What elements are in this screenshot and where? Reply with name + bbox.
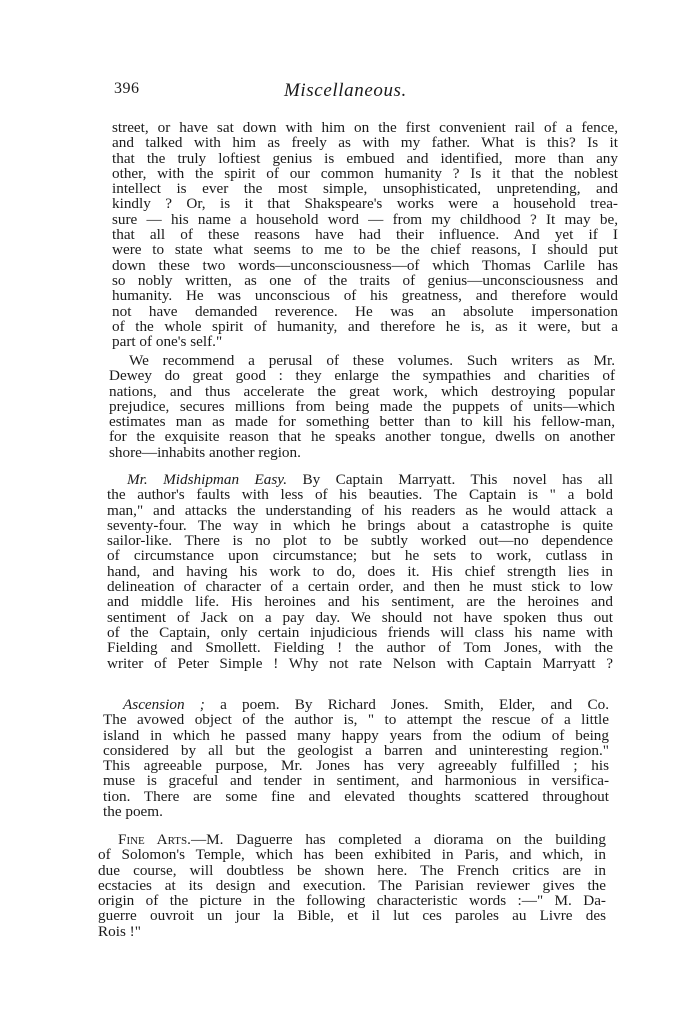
text-line: of the whole spirit of humanity, and the… — [112, 319, 618, 334]
text-line: of circumstance upon circumstance; but h… — [107, 548, 613, 563]
text-line: We recommend a perusal of these volumes.… — [109, 353, 615, 368]
text-line: for the exquisite reason that he speaks … — [109, 429, 615, 444]
text-line: guerre ouvroit un jour la Bible, et il l… — [98, 908, 606, 923]
text-line: sure — his name a household word — from … — [112, 212, 618, 227]
review-ascension: Ascension ; a poem. By Richard Jones. Sm… — [103, 697, 609, 819]
text-line: muse is graceful and tender in sentiment… — [103, 773, 609, 788]
text-line: Dewey do great good : they enlarge the s… — [109, 368, 615, 383]
text-line: The avowed object of the author is, " to… — [103, 712, 609, 727]
text-line: down these two words—unconsciousness—of … — [112, 258, 618, 273]
text-line: island in which he passed many happy yea… — [103, 728, 609, 743]
text-line: Fielding and Smollett. Fielding ! the au… — [107, 640, 613, 655]
text-line: man," and attacks the understanding of h… — [107, 503, 613, 518]
text-line: humanity. He was unconscious of his grea… — [112, 288, 618, 303]
text-line: that the truly loftiest genius is embued… — [112, 151, 618, 166]
text-line: kindly ? Or, is it that Shakspeare's wor… — [112, 196, 618, 211]
text-line: and middle life. His heroines and his se… — [107, 594, 613, 609]
text-line: part of one's self." — [112, 334, 618, 349]
text-line: not have demanded reverence. He was an a… — [112, 304, 618, 319]
text-line: delineation of character of a certain or… — [107, 579, 613, 594]
text-line: sailor-like. There is no plot to be subt… — [107, 533, 613, 548]
text-line: that all of these reasons have had their… — [112, 227, 618, 242]
text-line: the poem. — [103, 804, 609, 819]
text-line: Rois !" — [98, 924, 606, 939]
text-line: and talked with him as freely as with my… — [112, 135, 618, 150]
paragraph-quote-continuation: street, or have sat down with him on the… — [112, 120, 618, 349]
running-head: 396 Miscellaneous. — [114, 80, 620, 104]
text-line: origin of the picture in the following c… — [98, 893, 606, 908]
review-midshipman-easy: Mr. Midshipman Easy. By Captain Marryatt… — [107, 472, 613, 671]
text-line: the author's faults with less of his bea… — [107, 487, 613, 502]
paragraph-dewey-recommendation: We recommend a perusal of these volumes.… — [109, 353, 615, 460]
text-line: estimates man as made for something bett… — [109, 414, 615, 429]
text-line: considered by all but the geologist a ba… — [103, 743, 609, 758]
text-line: This agreeable purpose, Mr. Jones has ve… — [103, 758, 609, 773]
text-line: Mr. Midshipman Easy. By Captain Marryatt… — [107, 472, 613, 487]
text-line: intellect is ever the most simple, unsop… — [112, 181, 618, 196]
text-line: sentiment of Jack on a pay day. We shoul… — [107, 610, 613, 625]
text-line: tion. There are some fine and elevated t… — [103, 789, 609, 804]
text-line: were to state what seems to me to be the… — [112, 242, 618, 257]
text-line: ecstacies at its design and execution. T… — [98, 878, 606, 893]
text-line: shore—inhabits another region. — [109, 445, 615, 460]
running-title: Miscellaneous. — [284, 80, 407, 102]
page-number: 396 — [114, 80, 140, 98]
text-line: of Solomon's Temple, which has been exhi… — [98, 847, 606, 862]
text-line: other, with the spirit of our common hum… — [112, 166, 618, 181]
book-page: 396 Miscellaneous. street, or have sat d… — [0, 0, 678, 1027]
text-line: due course, will doubtless be shown here… — [98, 863, 606, 878]
text-line: nations, and thus accelerate the great w… — [109, 384, 615, 399]
text-line: street, or have sat down with him on the… — [112, 120, 618, 135]
text-line: writer of Peter Simple ! Why not rate Ne… — [107, 656, 613, 671]
text-line: prejudice, secures millions from being m… — [109, 399, 615, 414]
text-line: Ascension ; a poem. By Richard Jones. Sm… — [103, 697, 609, 712]
text-line: so nobly written, as one of the traits o… — [112, 273, 618, 288]
text-line: Fine Arts.—M. Daguerre has completed a d… — [98, 832, 606, 847]
section-fine-arts: Fine Arts.—M. Daguerre has completed a d… — [98, 832, 606, 939]
text-line: hand, and having his work to do, does it… — [107, 564, 613, 579]
text-line: seventy-four. The way in which he brings… — [107, 518, 613, 533]
text-line: of the Captain, only certain injudicious… — [107, 625, 613, 640]
